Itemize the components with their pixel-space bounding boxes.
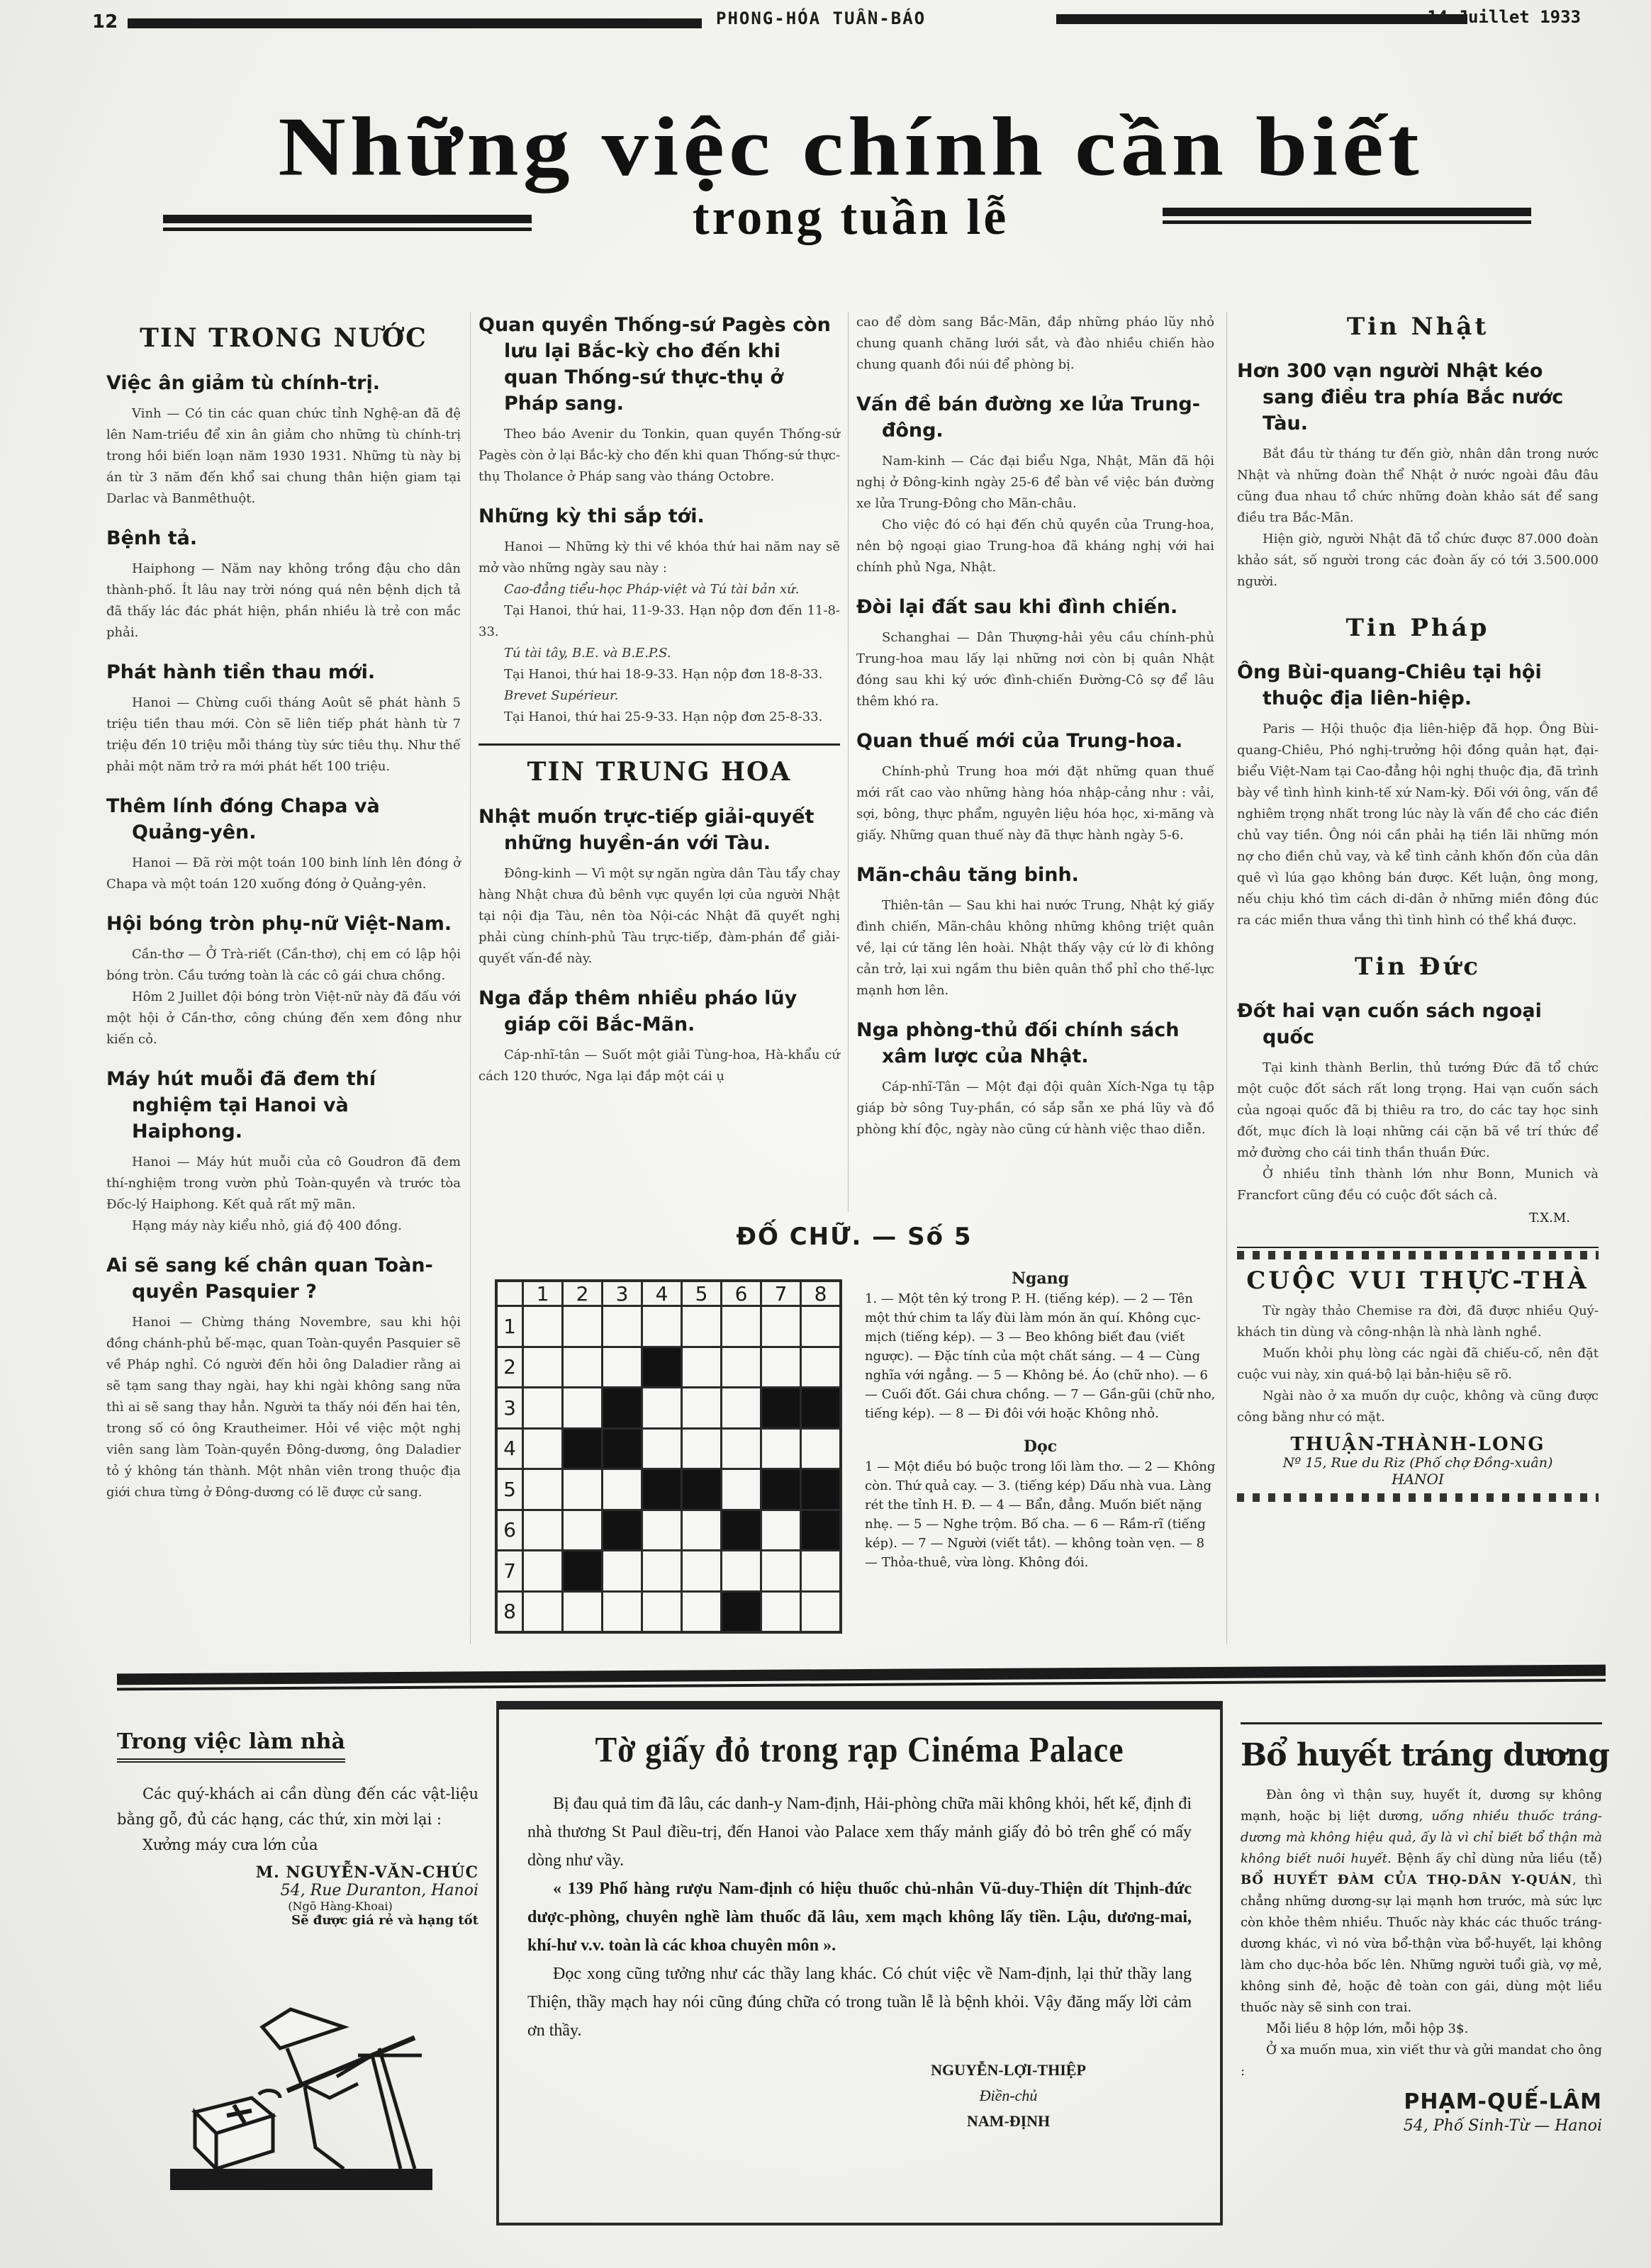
row-number: 8 xyxy=(498,1593,522,1632)
row-number: 7 xyxy=(498,1551,522,1590)
signer-role: Điền-chủ xyxy=(825,2083,1192,2109)
white-cell xyxy=(564,1388,601,1427)
ad-address: Nº 15, Rue du Riz (Phố chợ Đồng-xuân) xyxy=(1237,1455,1599,1471)
white-cell xyxy=(524,1511,561,1550)
article-continuation: cao để dòm sang Bắc-Mãn, đắp những pháo … xyxy=(856,312,1214,376)
black-cell xyxy=(762,1388,800,1427)
ad-body: Các quý-khách ai cần dùng đến các vật-li… xyxy=(117,1781,478,1832)
white-cell xyxy=(683,1307,720,1346)
down-heading: Dọc xyxy=(865,1437,1216,1456)
column-number: 5 xyxy=(683,1282,720,1305)
black-cell xyxy=(683,1470,720,1509)
column-number: 1 xyxy=(524,1282,561,1305)
ad-order-info: Ở xa muốn mua, xin viết thư và gửi manda… xyxy=(1241,2040,1602,2082)
white-cell xyxy=(524,1307,561,1346)
white-cell xyxy=(722,1551,760,1590)
headline: Ông Bùi-quang-Chiêu tại hội thuộc địa li… xyxy=(1237,659,1599,712)
exam-name: Cao-đẳng tiểu-học Pháp-việt và Tú tài bả… xyxy=(478,579,840,600)
advertisement-lumber: Trong việc làm nhà Các quý-khách ai cần … xyxy=(117,1729,478,2225)
white-cell xyxy=(603,1551,641,1590)
ad-city: HANOI xyxy=(1237,1471,1599,1488)
white-cell xyxy=(564,1511,601,1550)
article-body: Hôm 2 Juillet đội bóng tròn Việt-nữ này … xyxy=(106,987,461,1050)
black-cell xyxy=(643,1348,681,1387)
black-cell xyxy=(603,1388,641,1427)
ad-title: Trong việc làm nhà xyxy=(117,1729,345,1763)
author-signature: T.X.M. xyxy=(1237,1211,1599,1225)
row-number: 1 xyxy=(498,1307,522,1346)
section-heading: TIN TRONG NƯỚC xyxy=(106,323,461,353)
white-cell xyxy=(683,1388,720,1427)
column-number: 8 xyxy=(802,1282,839,1305)
row-number: 5 xyxy=(498,1470,522,1509)
advertisement-tonic: Bổ huyết tráng dương Đàn ông vì thận suy… xyxy=(1241,1722,1602,2218)
black-cell xyxy=(762,1470,800,1509)
column-number: 3 xyxy=(603,1282,641,1305)
down-clues: 1 — Một điều bó buộc trong lối làm thơ. … xyxy=(865,1457,1216,1572)
column-3: cao để dòm sang Bắc-Mãn, đắp những pháo … xyxy=(856,312,1214,1140)
white-cell xyxy=(722,1388,760,1427)
white-cell xyxy=(762,1551,800,1590)
crossword-puzzle: ĐỐ CHỮ. — Số 5 1234567812345678 Ngang 1.… xyxy=(489,1223,1219,1648)
white-cell xyxy=(762,1430,800,1469)
issue-date: 14 Juillet 1933 xyxy=(1427,7,1581,27)
headline: Hội bóng tròn phụ-nữ Việt-Nam. xyxy=(106,911,461,937)
page-number: 12 xyxy=(92,11,118,33)
article: Đòi lại đất sau khi đình chiến. Schangha… xyxy=(856,594,1214,712)
crossword-title: ĐỐ CHỮ. — Số 5 xyxy=(489,1223,1219,1251)
white-cell xyxy=(762,1307,800,1346)
white-cell xyxy=(524,1348,561,1387)
article: Việc ân giảm tù chính-trị. Vinh — Có tin… xyxy=(106,370,461,510)
white-cell xyxy=(722,1348,760,1387)
ad-merchant-name: M. NGUYỄN-VĂN-CHÚC xyxy=(117,1863,478,1882)
article-body: Hanoi — Đã rời một toán 100 binh lính lê… xyxy=(106,853,461,895)
column-2: Quan quyền Thống-sứ Pagès còn lưu lại Bắ… xyxy=(478,312,840,1087)
article-body: Vinh — Có tin các quan chức tỉnh Nghệ-an… xyxy=(106,403,461,510)
ad-address: 54, Phố Sinh-Từ — Hanoi xyxy=(1241,2117,1602,2135)
ad-rule xyxy=(1237,1247,1599,1248)
article-body: Hiện giờ, người Nhật đã tổ chức được 87.… xyxy=(1237,529,1599,593)
column-divider xyxy=(1226,312,1227,1644)
section-heading: Tin Nhật xyxy=(1237,313,1599,341)
article-body: Cáp-nhĩ-tân — Suốt một giải Tùng-hoa, Hà… xyxy=(478,1045,840,1087)
black-cell xyxy=(603,1511,641,1550)
exam-name: Tú tài tây, B.E. và B.E.P.S. xyxy=(478,643,840,664)
article: Máy hút muỗi đã đem thí nghiệm tại Hanoi… xyxy=(106,1066,461,1237)
page-subtitle: trong tuần lễ xyxy=(156,188,1545,247)
article: Thêm lính đóng Chapa và Quảng-yên. Hanoi… xyxy=(106,793,461,895)
subtitle-rule-right-thin xyxy=(1163,220,1531,224)
white-cell xyxy=(802,1593,839,1632)
article: Quan quyền Thống-sứ Pagès còn lưu lại Bắ… xyxy=(478,312,840,488)
ad-merchant-name: THUẬN-THÀNH-LONG xyxy=(1237,1434,1599,1455)
ad-title: CUỘC VUI THỰC-THÀ xyxy=(1237,1267,1599,1295)
white-cell xyxy=(643,1388,681,1427)
ad-body: Ngài nào ở xa muốn dự cuộc, không và cũn… xyxy=(1237,1386,1599,1428)
page-title: Những việc chính cần biết xyxy=(156,98,1545,196)
ad-merchant-name: PHẠM-QUẾ-LÂM xyxy=(1241,2089,1602,2114)
article-body: Hanoi — Máy hút muỗi của cô Goudron đã đ… xyxy=(106,1152,461,1216)
black-cell xyxy=(722,1593,760,1632)
across-clues: 1. — Một tên ký trong P. H. (tiếng kép).… xyxy=(865,1289,1216,1423)
ad-title: Bổ huyết tráng dương xyxy=(1241,1737,1602,1773)
newspaper-page: 12 PHONG-HÓA TUẦN-BÁO 14 Juillet 1933 Nh… xyxy=(0,0,1651,2268)
crossword-clues: Ngang 1. — Một tên ký trong P. H. (tiếng… xyxy=(865,1265,1216,1572)
white-cell xyxy=(683,1551,720,1590)
exam-detail: Tại Hanoi, thứ hai, 11-9-33. Hạn nộp đơn… xyxy=(478,600,840,643)
article-body: Hanoi — Chừng cuối tháng Août sẽ phát hà… xyxy=(106,692,461,777)
grid-corner xyxy=(498,1282,522,1305)
exam-name: Brevet Supérieur. xyxy=(478,685,840,707)
white-cell xyxy=(643,1307,681,1346)
ad-body: Đọc xong cũng tưởng như các thầy lang kh… xyxy=(527,1960,1192,2045)
headline: Mãn-châu tăng binh. xyxy=(856,862,1214,888)
headline: Những kỳ thi sắp tới. xyxy=(478,503,840,529)
section-heading: TIN TRUNG HOA xyxy=(478,757,840,787)
white-cell xyxy=(722,1430,760,1469)
article: Ai sẽ sang kế chân quan Toàn-quyền Pasqu… xyxy=(106,1252,461,1503)
black-cell xyxy=(722,1511,760,1550)
white-cell xyxy=(564,1348,601,1387)
ad-body: Bị đau quả tim đã lâu, các danh-y Nam-đị… xyxy=(527,1790,1192,1875)
white-cell xyxy=(683,1430,720,1469)
row-number: 3 xyxy=(498,1388,522,1427)
ad-quote: « 139 Phố hàng rượu Nam-định có hiệu thu… xyxy=(527,1875,1192,1960)
white-cell xyxy=(683,1593,720,1632)
column-domestic-news: TIN TRONG NƯỚC Việc ân giảm tù chính-trị… xyxy=(106,312,461,1503)
column-number: 6 xyxy=(722,1282,760,1305)
row-number: 6 xyxy=(498,1511,522,1550)
article-body: Hạng máy này kiểu nhỏ, giá độ 400 đồng. xyxy=(106,1216,461,1237)
article-body: Thiên-tân — Sau khi hai nước Trung, Nhật… xyxy=(856,895,1214,1001)
article: Hội bóng tròn phụ-nữ Việt-Nam. Cần-thơ —… xyxy=(106,911,461,1050)
white-cell xyxy=(564,1593,601,1632)
headline: Nga phòng-thủ đối chính sách xâm lược củ… xyxy=(856,1017,1214,1070)
white-cell xyxy=(603,1307,641,1346)
section-rule xyxy=(478,743,840,746)
exam-detail: Tại Hanoi, thứ hai 25-9-33. Hạn nộp đơn … xyxy=(478,707,840,728)
white-cell xyxy=(762,1511,800,1550)
white-cell xyxy=(643,1593,681,1632)
headline: Ai sẽ sang kế chân quan Toàn-quyền Pasqu… xyxy=(106,1252,461,1305)
black-cell xyxy=(643,1470,681,1509)
headline: Vấn đề bán đường xe lửa Trung-đông. xyxy=(856,391,1214,444)
subtitle-rule-right xyxy=(1163,208,1531,216)
article: Quan thuế mới của Trung-hoa. Chính-phủ T… xyxy=(856,728,1214,846)
column-divider xyxy=(848,312,849,1212)
white-cell xyxy=(524,1551,561,1590)
headline: Việc ân giảm tù chính-trị. xyxy=(106,370,461,396)
ad-body-text: Bệnh ấy chỉ dùng nửa liều (tễ) xyxy=(1392,1851,1602,1866)
white-cell xyxy=(603,1470,641,1509)
column-foreign-news: Tin Nhật Hơn 300 vạn người Nhật kéo sang… xyxy=(1237,301,1599,1505)
article-body: Đông-kinh — Vì một sự ngăn ngừa dân Tàu … xyxy=(478,863,840,970)
column-number: 7 xyxy=(762,1282,800,1305)
white-cell xyxy=(683,1348,720,1387)
column-divider xyxy=(470,312,471,1644)
white-cell xyxy=(722,1470,760,1509)
crossword-grid: 1234567812345678 xyxy=(495,1279,842,1634)
article-body: Cho việc đó có hại đến chủ quyền của Tru… xyxy=(856,515,1214,578)
article-body: Hanoi — Những kỳ thi về khóa thứ hai năm… xyxy=(478,537,840,579)
white-cell xyxy=(564,1470,601,1509)
ad-body: Muốn khỏi phụ lòng các ngài đã chiếu-cố,… xyxy=(1237,1343,1599,1386)
ad-border-dots xyxy=(1237,1251,1599,1259)
white-cell xyxy=(802,1551,839,1590)
advertisement-cinema-palace: Tờ giấy đỏ trong rạp Cinéma Palace Bị đa… xyxy=(496,1701,1223,2225)
article: Phát hành tiền thau mới. Hanoi — Chừng c… xyxy=(106,659,461,777)
headline: Bệnh tả. xyxy=(106,525,461,551)
white-cell xyxy=(564,1307,601,1346)
white-cell xyxy=(802,1430,839,1469)
article-body: Theo báo Avenir du Tonkin, quan quyền Th… xyxy=(478,424,840,488)
porter-illustration-icon xyxy=(167,2006,436,2176)
column-number: 2 xyxy=(564,1282,601,1305)
white-cell xyxy=(722,1307,760,1346)
advertisement-contest: CUỘC VUI THỰC-THÀ Từ ngày thảo Chemise r… xyxy=(1237,1267,1599,1488)
illustration-ground xyxy=(170,2169,432,2190)
signer-name: NGUYỄN-LỢI-THIỆP xyxy=(825,2058,1192,2083)
black-cell xyxy=(802,1470,839,1509)
white-cell xyxy=(524,1470,561,1509)
article: Mãn-châu tăng binh. Thiên-tân — Sau khi … xyxy=(856,862,1214,1001)
white-cell xyxy=(524,1593,561,1632)
headline: Hơn 300 vạn người Nhật kéo sang điều tra… xyxy=(1237,358,1599,437)
article: Nga đắp thêm nhiều pháo lũy giáp cõi Bắc… xyxy=(478,985,840,1087)
ad-body-text: , thì chẳng những dương-sự lại mạnh hơn … xyxy=(1241,1873,1602,2015)
white-cell xyxy=(643,1551,681,1590)
white-cell xyxy=(524,1430,561,1469)
headline: Nga đắp thêm nhiều pháo lũy giáp cõi Bắc… xyxy=(478,985,840,1038)
ad-border-dots xyxy=(1237,1493,1599,1502)
black-cell xyxy=(564,1430,601,1469)
ad-body: Xưởng máy cưa lớn của xyxy=(117,1832,478,1858)
headline: Phát hành tiền thau mới. xyxy=(106,659,461,685)
black-cell xyxy=(603,1430,641,1469)
white-cell xyxy=(603,1593,641,1632)
page-subtitle-block: trong tuần lễ xyxy=(156,188,1545,252)
headline: Đòi lại đất sau khi đình chiến. xyxy=(856,594,1214,620)
article-body: Bắt đầu từ tháng tư đến giờ, nhân dân tr… xyxy=(1237,444,1599,529)
white-cell xyxy=(683,1511,720,1550)
article-body: Tại kinh thành Berlin, thủ tướng Đức đã … xyxy=(1237,1057,1599,1164)
ad-body: Từ ngày thảo Chemise ra đời, đã được nhi… xyxy=(1237,1301,1599,1343)
ad-body: Đàn ông vì thận suy, huyết ít, dương sự … xyxy=(1241,1785,1602,2019)
white-cell xyxy=(643,1511,681,1550)
ad-address: 54, Rue Duranton, Hanoi xyxy=(117,1882,478,1899)
ad-price: Mỗi liều 8 hộp lớn, mỗi hộp 3$. xyxy=(1241,2019,1602,2040)
headline: Nhật muốn trực-tiếp giải-quyết những huy… xyxy=(478,804,840,856)
exam-detail: Tại Hanoi, thứ hai 18-9-33. Hạn nộp đơn … xyxy=(478,664,840,685)
signer-place: NAM-ĐỊNH xyxy=(825,2109,1192,2134)
article-body: Nam-kinh — Các đại biểu Nga, Nhật, Mãn đ… xyxy=(856,451,1214,515)
headline: Đốt hai vạn cuốn sách ngoại quốc xyxy=(1237,998,1599,1050)
white-cell xyxy=(762,1348,800,1387)
article: Vấn đề bán đường xe lửa Trung-đông. Nam-… xyxy=(856,391,1214,578)
white-cell xyxy=(524,1388,561,1427)
white-cell xyxy=(603,1348,641,1387)
article-body: Cần-thơ — Ở Trà-riết (Cần-thơ), chị em c… xyxy=(106,944,461,987)
black-cell xyxy=(802,1388,839,1427)
article: Nhật muốn trực-tiếp giải-quyết những huy… xyxy=(478,804,840,970)
row-number: 2 xyxy=(498,1348,522,1387)
ad-product-name: BỔ HUYẾT ĐÀM CỦA THỌ-DÂN Y-QUÁN xyxy=(1241,1873,1572,1887)
article: Nga phòng-thủ đối chính sách xâm lược củ… xyxy=(856,1017,1214,1140)
white-cell xyxy=(643,1430,681,1469)
section-heading: Tin Đức xyxy=(1237,953,1599,981)
ad-slogan: Sẽ được giá rẻ và hạng tốt xyxy=(117,1913,478,1928)
article-body: Schanghai — Dân Thượng-hải yêu cầu chính… xyxy=(856,627,1214,712)
white-cell xyxy=(802,1307,839,1346)
white-cell xyxy=(802,1348,839,1387)
article-body: Chính-phủ Trung hoa mới đặt những quan t… xyxy=(856,761,1214,846)
article-body: Ở nhiều tỉnh thành lớn như Bonn, Munich … xyxy=(1237,1164,1599,1206)
article-body: Cáp-nhĩ-Tân — Một đại đội quân Xích-Nga … xyxy=(856,1077,1214,1140)
article: Bệnh tả. Haiphong — Năm nay không trồng … xyxy=(106,525,461,644)
ad-signature: NGUYỄN-LỢI-THIỆP Điền-chủ NAM-ĐỊNH xyxy=(825,2058,1192,2134)
headline: Thêm lính đóng Chapa và Quảng-yên. xyxy=(106,793,461,846)
white-cell xyxy=(762,1593,800,1632)
headline: Quan quyền Thống-sứ Pagès còn lưu lại Bắ… xyxy=(478,312,840,417)
article-body: Haiphong — Năm nay không trồng đậu cho d… xyxy=(106,558,461,644)
across-heading: Ngang xyxy=(865,1269,1216,1288)
section-heading: Tin Pháp xyxy=(1237,614,1599,642)
headline: Quan thuế mới của Trung-hoa. xyxy=(856,728,1214,754)
header-rule-right xyxy=(1056,14,1467,24)
article-body: Hanoi — Chừng tháng Novembre, sau khi hộ… xyxy=(106,1312,461,1503)
publication-name: PHONG-HÓA TUẦN-BÁO xyxy=(716,9,926,28)
header-rule-left xyxy=(128,18,702,28)
article-body: Paris — Hội thuộc địa liên-hiệp đã họp. … xyxy=(1237,719,1599,931)
ad-title: Tờ giấy đỏ trong rạp Cinéma Palace xyxy=(527,1729,1192,1770)
article: Những kỳ thi sắp tới. Hanoi — Những kỳ t… xyxy=(478,503,840,728)
running-head: 12 PHONG-HÓA TUẦN-BÁO 14 Juillet 1933 xyxy=(92,7,1581,35)
headline: Máy hút muỗi đã đem thí nghiệm tại Hanoi… xyxy=(106,1066,461,1145)
black-cell xyxy=(802,1511,839,1550)
ad-alley: (Ngõ Hàng-Khoai) xyxy=(117,1899,478,1913)
column-number: 4 xyxy=(643,1282,681,1305)
black-cell xyxy=(564,1551,601,1590)
row-number: 4 xyxy=(498,1430,522,1469)
